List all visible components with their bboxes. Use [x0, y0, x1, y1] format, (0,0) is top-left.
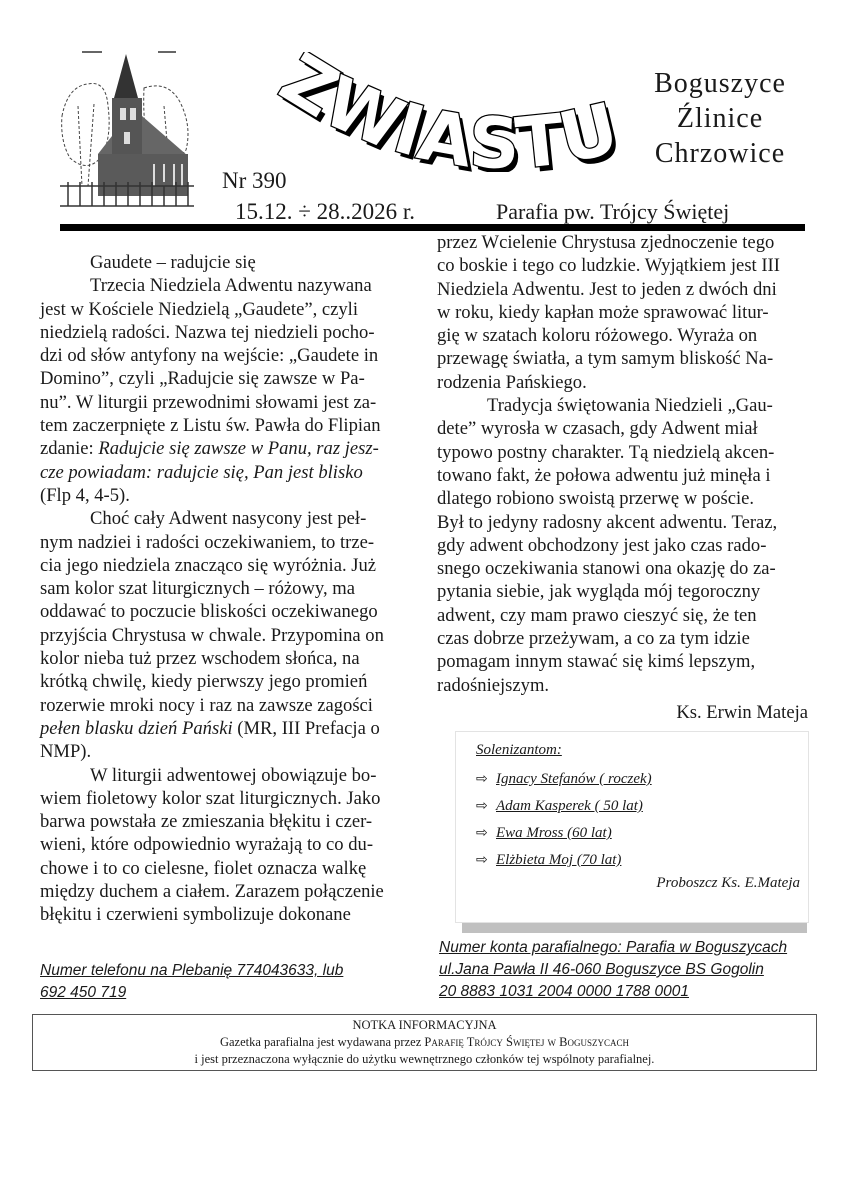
list-item: ⇨ Ignacy Stefanów ( roczek)	[476, 771, 808, 788]
svg-text:ZWIASTUN: ZWIASTUN	[268, 52, 626, 172]
town-list: Boguszyce Źlinice Chrzowice	[620, 66, 820, 171]
info-note-line: i jest przeznaczona wyłącznie do użytku …	[33, 1051, 816, 1068]
solenizanci-heading: Solenizantom:	[476, 742, 808, 759]
account-line: ul.Jana Pawła II 46-060 Boguszyce BS Gog…	[439, 959, 819, 981]
info-note: NOTKA INFORMACYJNA Gazetka parafialna je…	[32, 1014, 817, 1071]
masthead-title: ZWIASTUN ZWIASTUN	[268, 52, 628, 172]
town-boguszyce: Boguszyce	[620, 66, 820, 101]
text-line: zdanie: Radujcie się zawsze w Panu, raz …	[40, 437, 402, 460]
article-right-text: przez Wcielenie Chrystusa zjednoczenie t…	[437, 231, 808, 697]
text-line: barwa powstała ze zmieszania błękitu i c…	[40, 810, 402, 833]
pastor-signature: Proboszcz Ks. E.Mateja	[476, 875, 808, 892]
bank-account: Numer konta parafialnego: Parafia w Bogu…	[439, 937, 819, 1003]
list-item: ⇨ Adam Kasperek ( 50 lat)	[476, 798, 808, 815]
text-line: chowe i to co cielesne, fiolet oznacza w…	[40, 857, 402, 880]
article-right-column: przez Wcielenie Chrystusa zjednoczenie t…	[437, 231, 808, 724]
arrow-right-outline-icon: ⇨	[476, 771, 490, 788]
text-line: (Flp 4, 4-5).	[40, 484, 402, 507]
text-line: cia jego niedziela znacząco się wyróżnia…	[40, 554, 402, 577]
list-item: ⇨ Elżbieta Moj (70 lat)	[476, 852, 808, 869]
text-line: pełen blasku dzień Pański (MR, III Prefa…	[40, 717, 402, 740]
text-line: Trzecia Niedziela Adwentu nazywana	[40, 274, 402, 297]
text-line: przewagę światła, a tym samym bliskość N…	[437, 347, 808, 370]
arrow-right-outline-icon: ⇨	[476, 852, 490, 869]
phone-contact: Numer telefonu na Plebanię 774043633, lu…	[40, 960, 400, 1004]
text-line: między duchem a ciałem. Zarazem połączen…	[40, 880, 402, 903]
text-line: dete” wyrosła w czasach, gdy Adwent miał	[437, 417, 808, 440]
article-title: Gaudete – radujcie się	[40, 251, 402, 274]
article-left-text: Trzecia Niedziela Adwentu nazywanajest w…	[40, 274, 402, 926]
arrow-right-outline-icon: ⇨	[476, 825, 490, 842]
text-line: przyjścia Chrystusa w chwale. Przypomina…	[40, 624, 402, 647]
account-line: 20 8883 1031 2004 0000 1788 0001	[439, 981, 819, 1003]
text-line: snego oczekiwania stanowi ona okazję do …	[437, 557, 808, 580]
article-left-column: Gaudete – radujcie się Trzecia Niedziela…	[40, 251, 402, 927]
text-line: dzi od słów antyfony na wejście: „Gaudet…	[40, 344, 402, 367]
church-illustration	[58, 46, 196, 210]
text-line: Domino”, czyli „Radujcie się zawsze w Pa…	[40, 367, 402, 390]
town-chrzowice: Chrzowice	[620, 136, 820, 171]
text-line: gdy adwent obchodzony jest jako czas rad…	[437, 534, 808, 557]
text-line: adwent, czy mam prawo cieszyć się, że te…	[437, 604, 808, 627]
text-line: Niedziela Adwentu. Jest to jeden z dwóch…	[437, 278, 808, 301]
text-line: wiem fioletowy kolor szat liturgicznych.…	[40, 787, 402, 810]
list-item: ⇨ Ewa Mross (60 lat)	[476, 825, 808, 842]
phone-line: 692 450 719	[40, 982, 400, 1004]
text-line: rozerwie mroki nocy i raz na zawsze zago…	[40, 694, 402, 717]
text-line: dlatego robiono swoistą przerwę w poście…	[437, 487, 808, 510]
text-line: radośniejszym.	[437, 674, 808, 697]
text-line: niedzielą radości. Nazwa tej niedzieli p…	[40, 321, 402, 344]
text-line: Był to jedyny radosny akcent adwentu. Te…	[437, 511, 808, 534]
header-divider	[60, 224, 805, 231]
text-line: nu”. W liturgii przewodnimi słowami jest…	[40, 391, 402, 414]
text-line: sam kolor szat liturgicznych – różowy, m…	[40, 577, 402, 600]
text-line: pytania siebie, jak wygląda mój tegorocz…	[437, 580, 808, 603]
issue-dates: 15.12. ÷ 28..2026 r.	[235, 199, 415, 225]
info-note-title: NOTKA INFORMACYJNA	[33, 1017, 816, 1034]
info-note-line: Gazetka parafialna jest wydawana przez P…	[33, 1034, 816, 1051]
parish-name: Parafia pw. Trójcy Świętej	[496, 199, 729, 225]
text-line: tem zaczerpnięte z Listu św. Pawła do Fl…	[40, 414, 402, 437]
text-line: W liturgii adwentowej obowiązuje bo-	[40, 764, 402, 787]
text-line: typowo postny charakter. Tą niedzielą ak…	[437, 441, 808, 464]
text-line: Tradycja świętowania Niedzieli „Gau-	[437, 394, 808, 417]
text-line: czas dobrze przeżywam, a co za tym idzie	[437, 627, 808, 650]
text-line: w roku, kiedy kapłan może sprawować litu…	[437, 301, 808, 324]
text-line: oddawać to poczucie bliskości oczekiwane…	[40, 600, 402, 623]
text-line: cze powiadam: radujcie się, Pan jest bli…	[40, 461, 402, 484]
text-line: jest w Kościele Niedzielą „Gaudete”, czy…	[40, 298, 402, 321]
article-signature: Ks. Erwin Mateja	[437, 701, 808, 724]
account-line: Numer konta parafialnego: Parafia w Bogu…	[439, 937, 819, 959]
text-line: Choć cały Adwent nasycony jest peł-	[40, 507, 402, 530]
arrow-right-outline-icon: ⇨	[476, 798, 490, 815]
text-line: towano fakt, że połowa adwentu już minęł…	[437, 464, 808, 487]
issue-number: Nr 390	[222, 168, 287, 194]
text-line: nym nadziei i radości oczekiwaniem, to t…	[40, 531, 402, 554]
text-line: gię w szatach koloru różowego. Wyraża on	[437, 324, 808, 347]
text-line: przez Wcielenie Chrystusa zjednoczenie t…	[437, 231, 808, 254]
text-line: wieni, które odpowiednio wyrażają to co …	[40, 833, 402, 856]
phone-line: Numer telefonu na Plebanię 774043633, lu…	[40, 960, 400, 982]
text-line: błękitu i czerwieni symbolizuje dokonane	[40, 903, 402, 926]
town-zlinice: Źlinice	[620, 101, 820, 136]
text-line: krótką chwilę, kiedy pierwszy jego promi…	[40, 670, 402, 693]
text-line: co boskie i tego co ludzkie. Wyjątkiem j…	[437, 254, 808, 277]
text-line: NMP).	[40, 740, 402, 763]
text-line: rodzenia Pańskiego.	[437, 371, 808, 394]
solenizanci-box: Solenizantom: ⇨ Ignacy Stefanów ( roczek…	[455, 731, 809, 923]
text-line: pomagam innym stawać się kimś lepszym,	[437, 650, 808, 673]
text-line: kolor nieba tuż przez wschodem słońca, n…	[40, 647, 402, 670]
